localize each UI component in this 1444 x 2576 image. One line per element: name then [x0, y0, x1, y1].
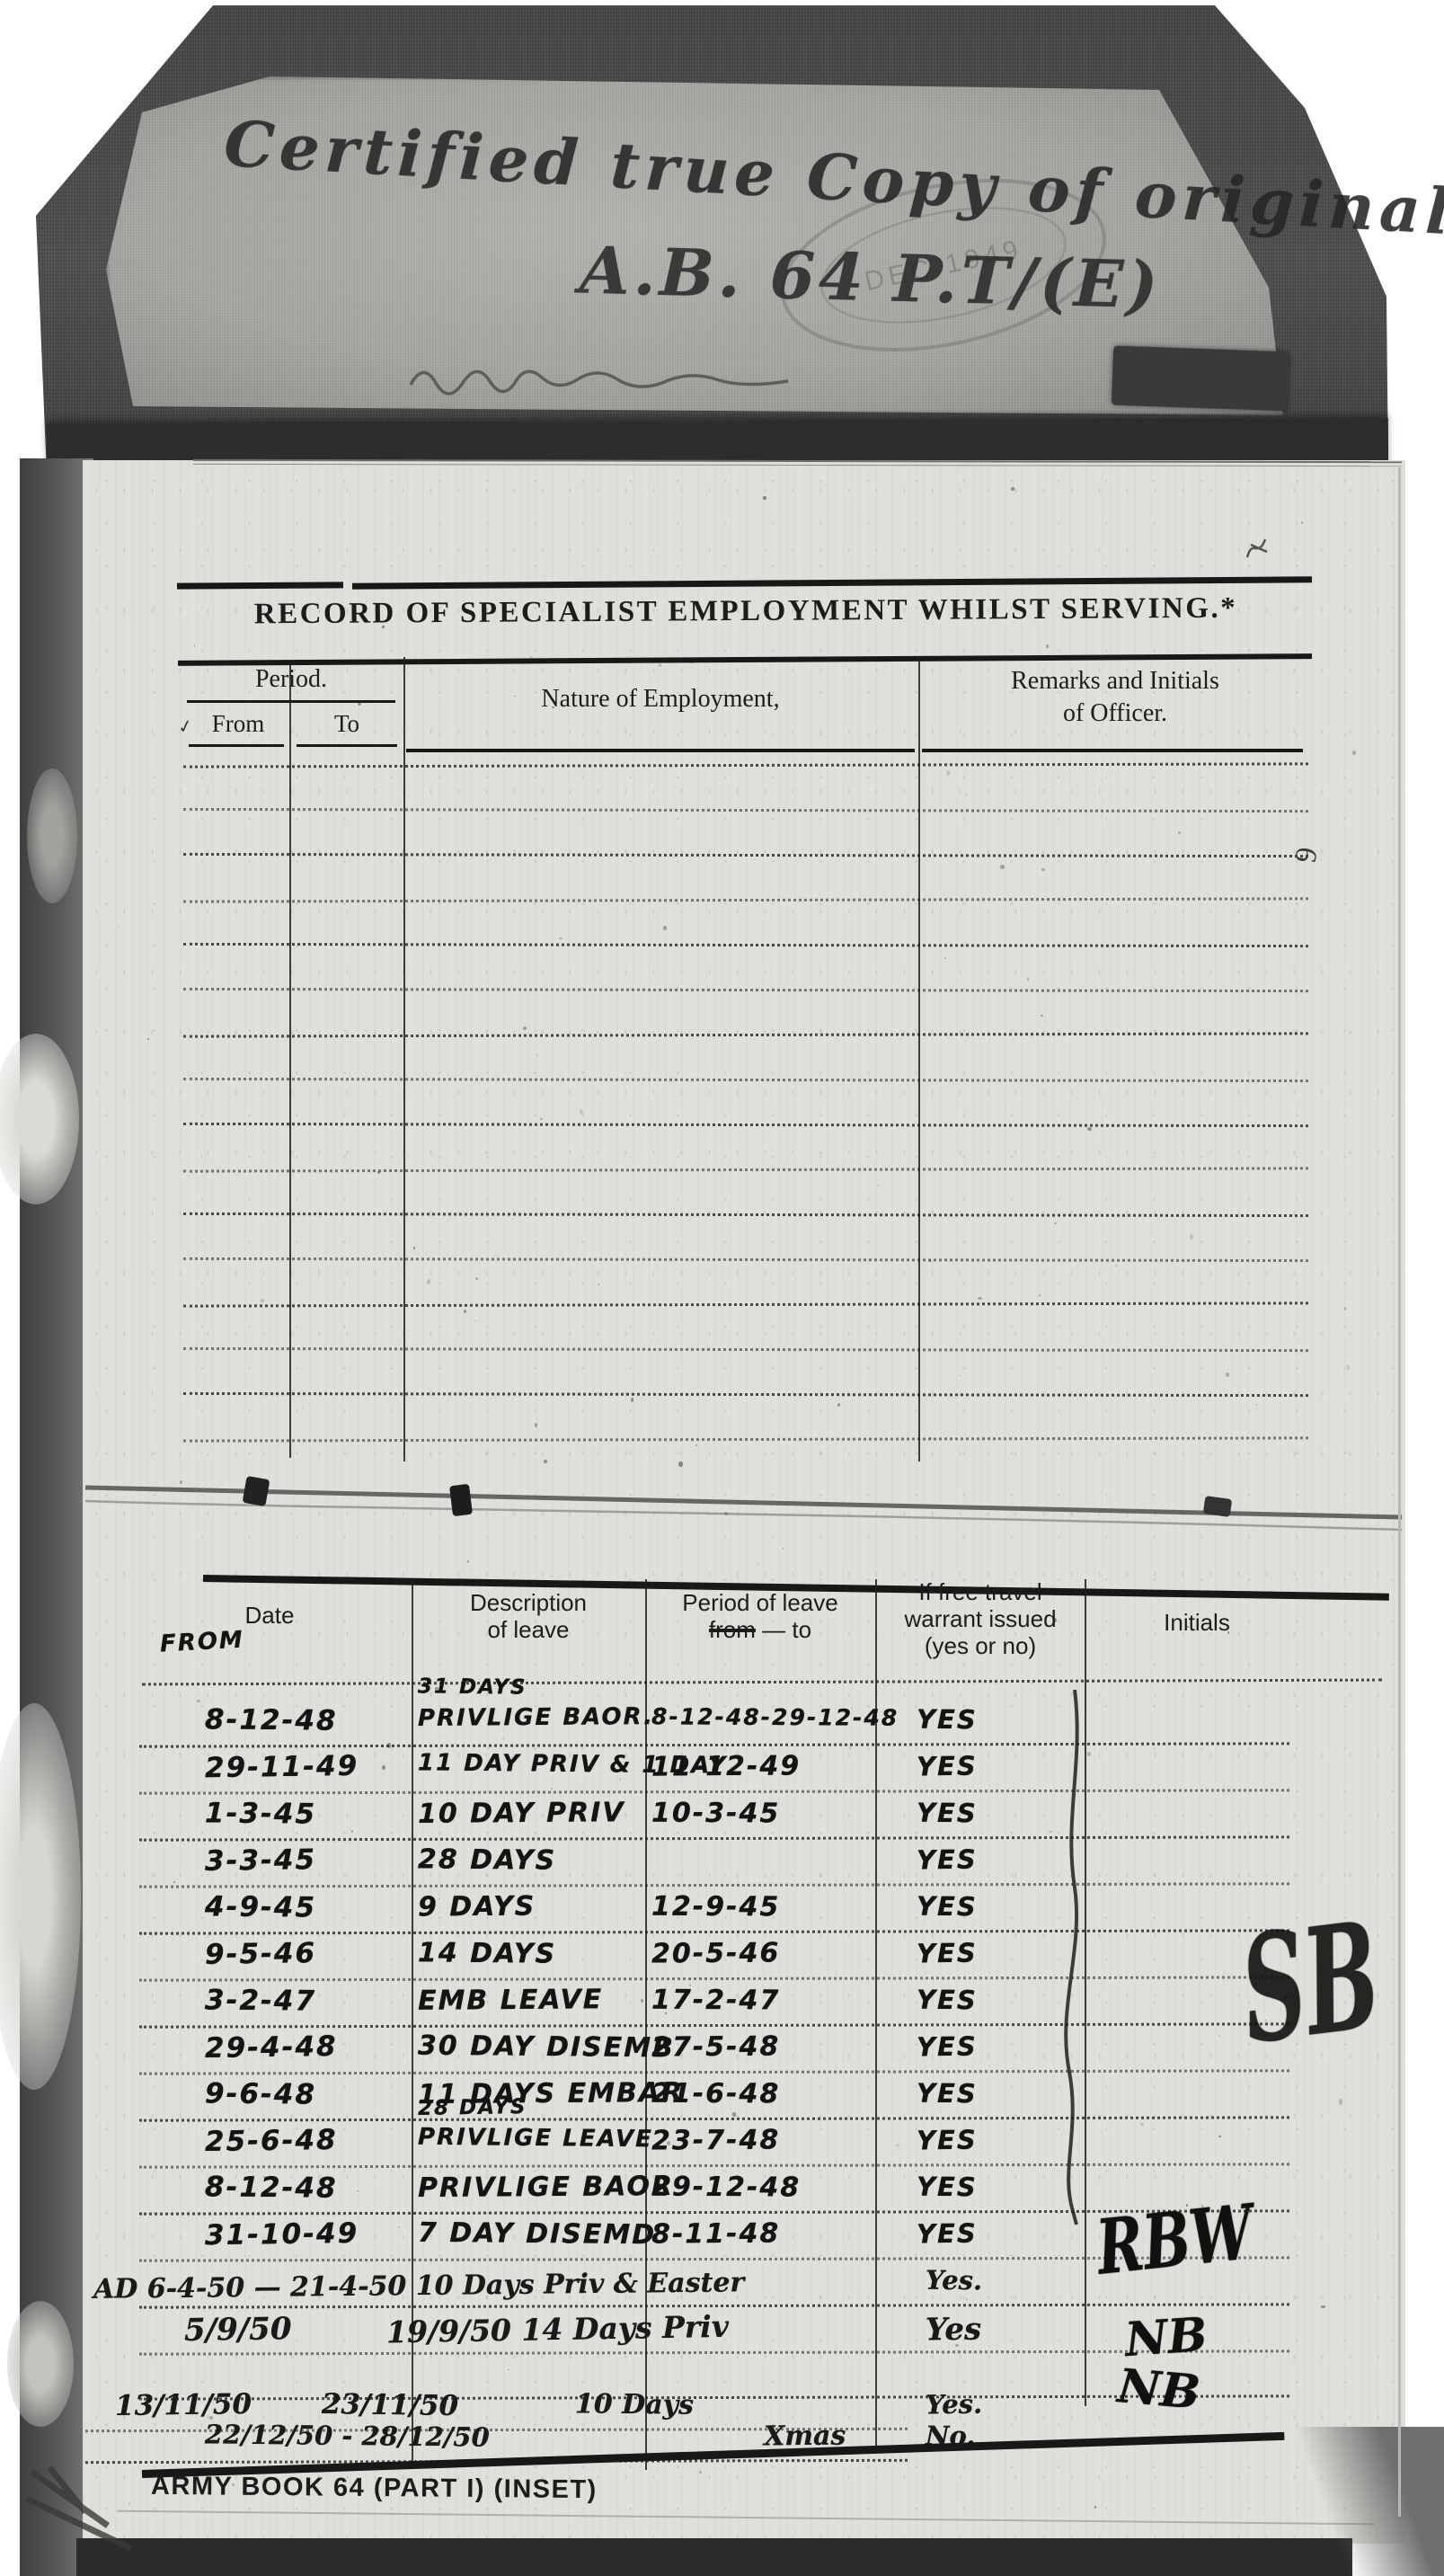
- officer-signature: NB: [1123, 2307, 1209, 2367]
- scan-speckle: [523, 1026, 527, 1030]
- table1-divider-period-nature: [403, 657, 405, 1461]
- leave-entry-wide: 19/9/50 14 Days Priv: [386, 2309, 730, 2350]
- scan-speckle: [999, 2028, 1001, 2029]
- leave-period: 10-3-45: [651, 1798, 780, 1830]
- scan-speckle: [1218, 2035, 1219, 2037]
- leave-warrant: Yes.: [926, 2265, 982, 2296]
- table2-col-desc-line1: Description: [415, 1589, 642, 1617]
- leave-description: 10 DAY PRIV: [418, 1797, 625, 1830]
- table2-col-warrant-line1: If free travel: [879, 1578, 1082, 1606]
- scan-speckle: [1178, 831, 1181, 835]
- scan-speckle: [173, 1881, 175, 1884]
- leave-warrant: YES: [917, 1985, 978, 2016]
- scan-speckle: [1046, 644, 1049, 648]
- scan-speckle: [535, 1423, 537, 1427]
- scan-speckle: [944, 957, 946, 959]
- table2-col-period-line1: Period of leave: [649, 1589, 872, 1617]
- leave-period: 8-12-48-29-12-48: [651, 1703, 899, 1730]
- leave-description: 30 DAY DISEMB: [418, 2030, 675, 2065]
- scan-speckle: [1041, 868, 1044, 871]
- leave-date-to: 23/11/50: [322, 2388, 459, 2422]
- scan-speckle: [1011, 487, 1014, 491]
- table1-title: RECORD OF SPECIALIST EMPLOYMENT WHILST S…: [180, 591, 1312, 632]
- table1-col-from: From: [190, 710, 286, 738]
- table1-col-to: To: [297, 710, 397, 738]
- leave-warrant: YES: [917, 1798, 978, 1829]
- scan-speckle: [896, 2144, 899, 2146]
- leave-warrant: Yes: [926, 2312, 982, 2349]
- leave-warrant: YES: [917, 1938, 978, 1969]
- scan-speckle: [544, 1460, 547, 1463]
- fabric-fray: [27, 768, 77, 903]
- scan-speckle: [232, 2483, 235, 2486]
- leave-description: EMB LEAVE: [418, 1984, 603, 2017]
- scan-speckle: [382, 626, 385, 628]
- scan-speckle: [559, 937, 563, 940]
- period-underline: [187, 700, 395, 703]
- officer-signature: NB: [1116, 2358, 1202, 2421]
- scan-speckle: [851, 1708, 853, 1710]
- leave-description: 14 DAYS: [418, 1937, 557, 1970]
- pen-squiggle-bracket: [1042, 1685, 1105, 2234]
- leave-date: 9-6-48: [205, 2077, 316, 2110]
- scan-speckle: [1226, 1372, 1229, 1377]
- scan-speckle: [550, 1576, 552, 1577]
- scan-speckle: [946, 770, 950, 776]
- scan-speckle: [631, 1398, 633, 1402]
- book-footer-title: ARMY BOOK 64 (PART I) (INSET): [151, 2472, 598, 2505]
- leave-warrant: Yes.: [926, 2389, 983, 2421]
- leave-description: 9 DAYS: [418, 1891, 536, 1923]
- leave-period: 27-5-48: [651, 2031, 781, 2064]
- scan-speckle: [1339, 2099, 1342, 2104]
- scan-speckle: [1227, 1631, 1229, 1634]
- remarks-underline: [922, 749, 1303, 752]
- leave-date: 22/12/50 - 28/12/50: [205, 2419, 490, 2452]
- leave-desc-top: 28 DAYS: [418, 2095, 527, 2120]
- scan-speckle: [665, 2012, 667, 2014]
- leave-warrant: YES: [917, 1844, 978, 1876]
- leave-date: 29-11-49: [205, 1750, 359, 1784]
- scan-speckle: [918, 1258, 919, 1259]
- staple: [1203, 1496, 1232, 1517]
- table2-col-period-line2: from — to: [649, 1616, 872, 1644]
- scan-speckle: [351, 1830, 353, 1833]
- scan-speckle: [1186, 2204, 1188, 2206]
- table2-col-warrant-line2: warrant issued: [879, 1605, 1082, 1633]
- signature-scribble: [406, 351, 855, 404]
- pen-scribble-mark: [1244, 536, 1274, 563]
- leave-date: 9-5-46: [205, 1937, 317, 1971]
- scanned-army-book-page: DEC 1949 Certified true Copy of original…: [0, 0, 1444, 2576]
- scan-speckle: [1000, 865, 1004, 869]
- scan-speckle: [530, 656, 532, 659]
- table2-col-desc-line2: of leave: [415, 1616, 642, 1644]
- scan-speckle: [302, 1408, 303, 1408]
- scan-speckle: [1094, 2506, 1096, 2509]
- leave-warrant: YES: [917, 2172, 978, 2203]
- leave-date: 4-9-45: [205, 1890, 316, 1923]
- scan-speckle: [464, 1310, 466, 1313]
- scan-speckle: [1027, 978, 1029, 981]
- scan-speckle: [387, 1743, 391, 1748]
- scan-speckle: [750, 2047, 754, 2051]
- fabric-fray: [7, 2301, 74, 2427]
- leave-date: 1-3-45: [205, 1797, 316, 1830]
- leave-description: PRIVLIGE BAOR: [418, 2171, 674, 2204]
- leave-date: 3-2-47: [205, 1984, 316, 2017]
- to-underline: [297, 744, 397, 747]
- cover-side-tab: [1112, 346, 1289, 412]
- leave-warrant: YES: [917, 2218, 978, 2250]
- table1-divider-nature-remarks: [918, 657, 920, 1461]
- scan-speckle: [667, 2141, 670, 2145]
- scan-speckle: [147, 1038, 149, 1040]
- leave-description: 7 DAY DISEMD: [418, 2217, 656, 2252]
- scan-speckle: [717, 1599, 718, 1600]
- leave-description: PRIVLIGE BAOR.: [418, 1703, 654, 1732]
- page-right-edge: [1398, 467, 1401, 2517]
- leave-warrant: YES: [917, 1704, 978, 1736]
- leave-description: 28 DAYS: [418, 1843, 557, 1877]
- scan-speckle: [690, 659, 694, 663]
- leave-period: 29-12-48: [651, 2172, 801, 2204]
- leave-date: 5/9/50: [184, 2311, 292, 2349]
- scan-speckle: [475, 1277, 478, 1280]
- scan-speckle: [1321, 2305, 1324, 2308]
- scan-speckle: [1230, 1678, 1232, 1680]
- staple: [243, 1476, 270, 1506]
- leave-date: 13/11/50: [115, 2388, 252, 2422]
- scan-speckle: [678, 1461, 682, 1467]
- leave-date: 29-4-48: [205, 2030, 338, 2065]
- scan-speckle: [837, 1403, 839, 1407]
- scan-speckle: [978, 1297, 981, 1301]
- scan-speckle: [1087, 1752, 1091, 1755]
- scan-speckle: [552, 706, 554, 708]
- staple: [449, 1484, 473, 1516]
- leave-period: 8-11-48: [651, 2218, 781, 2251]
- scan-speckle: [209, 2416, 213, 2420]
- scan-speckle: [540, 1118, 543, 1121]
- period-from-struck: from: [709, 1616, 756, 1643]
- scan-speckle: [358, 701, 360, 706]
- leave-period: 17-2-47: [651, 1985, 780, 2017]
- leave-date: 25-6-48: [205, 2124, 338, 2158]
- scan-speckle: [1053, 1618, 1057, 1623]
- leave-period: 11-12-49: [651, 1750, 801, 1782]
- leave-description: PRIVLIGE LEAVE: [418, 2124, 653, 2154]
- leave-period: 12-9-45: [651, 1891, 780, 1923]
- scan-speckle: [763, 496, 766, 501]
- leave-warrant: YES: [917, 2125, 978, 2156]
- nature-underline: [406, 749, 915, 752]
- scan-speckle: [659, 663, 661, 667]
- scan-speckle: [1256, 1404, 1257, 1406]
- scan-speckle: [435, 1687, 439, 1689]
- table2-col-date: Date: [162, 1602, 377, 1630]
- from-underline: [189, 744, 284, 747]
- page-fold-crease: [0, 1465, 1444, 1546]
- leave-period: 21-6-48: [651, 2078, 780, 2110]
- leave-desc-top: 31 DAYS: [418, 1674, 527, 1699]
- leave-date: 8-12-48: [205, 2171, 338, 2205]
- table1-col-period: Period.: [183, 665, 399, 694]
- table1-col-remarks-line2: of Officer.: [922, 699, 1308, 728]
- table1-divider-from-to: [289, 663, 291, 1458]
- scan-speckle: [1049, 1831, 1051, 1834]
- scan-speckle: [382, 1765, 385, 1770]
- leave-date: 8-12-48: [205, 1703, 338, 1737]
- leave-date: 3-3-45: [205, 1843, 317, 1878]
- scan-speckle: [413, 1247, 415, 1248]
- officer-signature: RBW: [1093, 2188, 1257, 2292]
- scan-speckle: [724, 1512, 727, 1515]
- leave-warrant: YES: [917, 1751, 978, 1782]
- cover-book-number-handwriting: A.B. 64 P.T/(E): [579, 232, 1162, 324]
- scan-speckle: [699, 2471, 702, 2474]
- bottom-right-corner-shade: [1285, 2427, 1444, 2576]
- leave-period: 20-5-46: [651, 1938, 781, 1970]
- scan-speckle: [1115, 1265, 1118, 1266]
- scan-speckle: [1174, 1882, 1174, 1883]
- scan-speckle: [1201, 2205, 1203, 2207]
- scan-speckle: [180, 1480, 182, 1484]
- scan-speckle: [641, 1999, 643, 2003]
- scan-speckle: [929, 1437, 932, 1440]
- table1-col-remarks-line1: Remarks and Initials: [922, 667, 1308, 696]
- scan-speckle: [695, 1444, 696, 1446]
- leave-warrant: YES: [917, 2031, 978, 2063]
- scan-speckle: [1140, 2123, 1144, 2126]
- leave-warrant: YES: [917, 1891, 978, 1923]
- leave-description: 10 Days: [575, 2388, 694, 2421]
- scan-speckle: [1347, 1365, 1351, 1370]
- date-from-handwritten: FROM: [159, 1627, 244, 1658]
- table1-col-nature: Nature of Employment,: [406, 685, 915, 714]
- table2-col-initials: Initials: [1089, 1609, 1305, 1637]
- scan-speckle: [929, 1260, 932, 1262]
- officer-signature: SB: [1233, 1889, 1388, 2077]
- scan-speckle: [580, 1109, 583, 1115]
- scan-speckle: [966, 2298, 968, 2301]
- scan-speckle: [1218, 2136, 1221, 2137]
- leave-date: 31-10-49: [205, 2217, 359, 2252]
- scan-speckle: [1352, 751, 1355, 755]
- period-to-label: — to: [762, 1616, 811, 1643]
- leave-warrant: YES: [917, 2078, 978, 2110]
- scan-speckle: [261, 1299, 264, 1302]
- bottom-scan-band: [76, 2538, 1352, 2576]
- table2-col-warrant-line3: (yes or no): [879, 1632, 1082, 1660]
- leave-period: 23-7-48: [651, 2125, 781, 2157]
- scan-speckle: [551, 1788, 553, 1790]
- scan-speckle: [1190, 1234, 1193, 1239]
- table1-top-rule-short: [177, 582, 343, 589]
- torn-corner-marks: [22, 2463, 157, 2562]
